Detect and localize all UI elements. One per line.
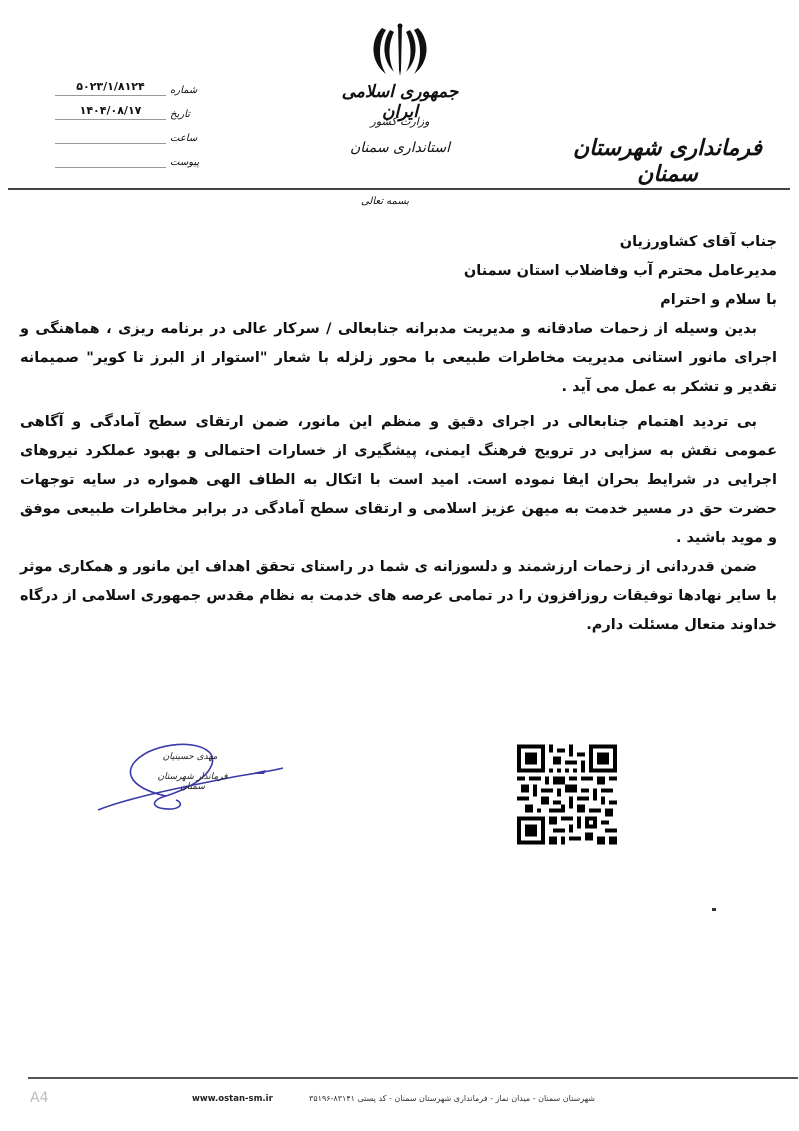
- signatory-name: مهدی حسینیان: [150, 752, 230, 762]
- meta-number-row: ۵۰۲۳/۱/۸۱۲۴ شماره: [55, 78, 200, 96]
- meta-date-value: ۱۴۰۴/۰۸/۱۷: [55, 105, 166, 120]
- footer-divider: [28, 1077, 798, 1079]
- recipient-name: جناب آقای کشاورزیان: [20, 228, 777, 257]
- meta-date-label: تاریخ: [166, 109, 200, 120]
- header-governorate: استانداری سمنان: [330, 140, 470, 156]
- meta-time-label: ساعت: [166, 133, 200, 144]
- header-ministry: وزارت کشور: [330, 115, 470, 128]
- invocation-text: بسمه تعالی: [350, 196, 420, 207]
- greeting: با سلام و احترام: [20, 286, 777, 315]
- footer-address: شهرستان سمنان - میدان نماز - فرمانداری ش…: [290, 1094, 595, 1103]
- signatory-title: فرماندار شهرستان سمنان: [145, 772, 240, 792]
- footer-website-link[interactable]: www.ostan-sm.ir: [192, 1094, 277, 1104]
- paragraph-closing: ضمن قدردانی از زحمات ارزشمند و دلسوزانه …: [20, 553, 777, 640]
- stray-mark: [712, 908, 716, 911]
- iran-emblem-icon: [368, 20, 432, 80]
- header-divider: [8, 188, 790, 190]
- meta-number-value: ۵۰۲۳/۱/۸۱۲۴: [55, 81, 166, 96]
- letter-body: جناب آقای کشاورزیان مدیرعامل محترم آب وف…: [20, 228, 777, 640]
- meta-date-row: ۱۴۰۴/۰۸/۱۷ تاریخ: [55, 102, 200, 120]
- paragraph-role: بی تردید اهتمام جنابعالی در اجرای دقیق و…: [20, 408, 777, 553]
- meta-attachment-value: [55, 153, 166, 168]
- qr-code-icon: [517, 742, 617, 847]
- meta-attachment-row: پیوست: [55, 150, 200, 168]
- header-office-title: فرمانداری شهرستان سمنان: [560, 135, 775, 187]
- meta-time-row: ساعت: [55, 126, 200, 144]
- paragraph-appreciation: بدین وسیله از زحمات صادقانه و مدیریت مدب…: [20, 315, 777, 402]
- meta-time-value: [55, 129, 166, 144]
- meta-attachment-label: پیوست: [166, 157, 200, 168]
- paper-size-label: A4: [30, 1090, 48, 1106]
- meta-number-label: شماره: [166, 85, 200, 96]
- recipient-title: مدیرعامل محترم آب وفاضلاب استان سمنان: [20, 257, 777, 286]
